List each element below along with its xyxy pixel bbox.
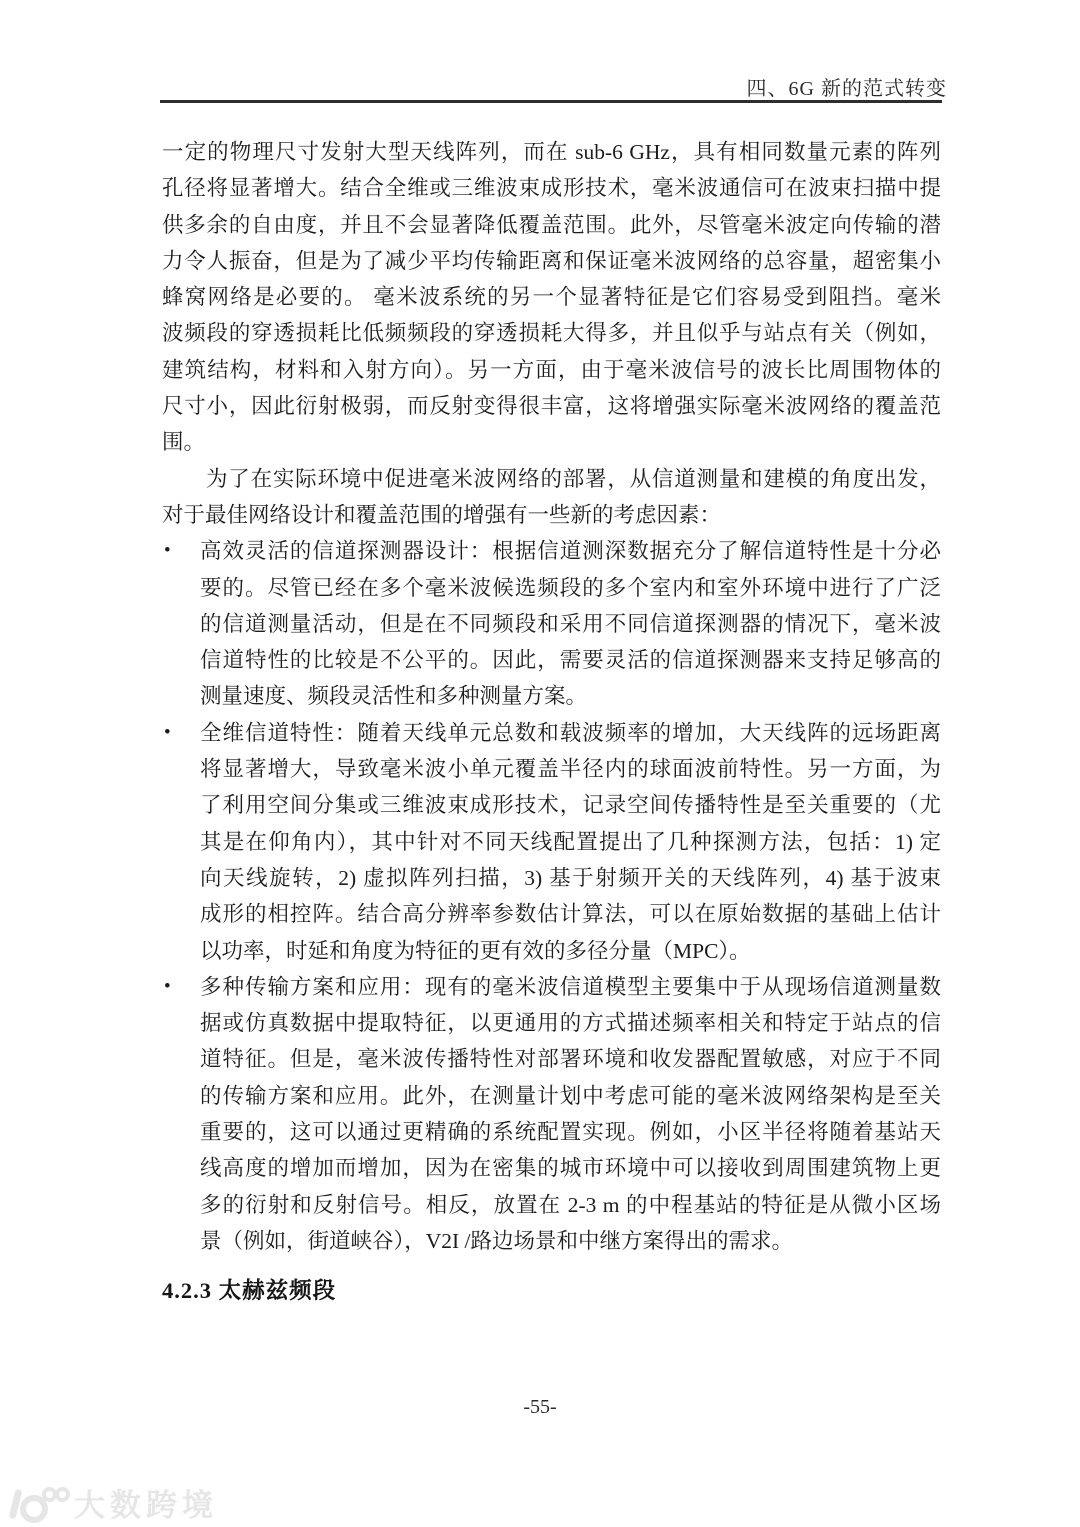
bullet-marker-icon: • — [162, 969, 200, 1259]
text-line: 波频段的穿透损耗比低频频段的穿透损耗大得多，并且似乎与站点有关（例如， — [162, 315, 941, 351]
text-line: 景（例如，街道峡谷），V2I /路边场景和中继方案得出的需求。 — [200, 1223, 941, 1259]
text-line: 为了在实际环境中促进毫米波网络的部署，从信道测量和建模的角度出发， — [162, 461, 941, 497]
text-line: 测量速度、频段灵活性和多种测量方案。 — [200, 678, 941, 714]
watermark-text: 大数跨境 — [74, 1480, 218, 1525]
paragraph: 为了在实际环境中促进毫米波网络的部署，从信道测量和建模的角度出发，对于最佳网络设… — [162, 461, 941, 534]
text-line: 高效灵活的信道探测器设计：根据信道测深数据充分了解信道特性是十分必 — [200, 533, 941, 569]
bullet-item: •高效灵活的信道探测器设计：根据信道测深数据充分了解信道特性是十分必要的。尽管已… — [162, 533, 941, 714]
text-line: 以功率，时延和角度为特征的更有效的多径分量（MPC）。 — [200, 933, 941, 969]
text-line: 对于最佳网络设计和覆盖范围的增强有一些新的考虑因素： — [162, 497, 941, 533]
page-body: 一定的物理尺寸发射大型天线阵列，而在 sub-6 GHz，具有相同数量元素的阵列… — [162, 134, 941, 1310]
text-line: 据或仿真数据中提取特征，以更通用的方式描述频率相关和特定于站点的信 — [200, 1005, 941, 1041]
text-line: 的传输方案和应用。此外，在测量计划中考虑可能的毫米波网络架构是至关 — [200, 1078, 941, 1114]
text-line: 力令人振奋，但是为了减少平均传输距离和保证毫米波网络的总容量，超密集小 — [162, 243, 941, 279]
text-line: 向天线旋转，2) 虚拟阵列扫描，3) 基于射频开关的天线阵列，4) 基于波束 — [200, 860, 941, 896]
text-line: 要的。尽管已经在多个毫米波候选频段的多个室内和室外环境中进行了广泛 — [200, 570, 941, 606]
paragraph: 一定的物理尺寸发射大型天线阵列，而在 sub-6 GHz，具有相同数量元素的阵列… — [162, 134, 941, 461]
text-line: 线高度的增加而增加，因为在密集的城市环境中可以接收到周围建筑物上更 — [200, 1150, 941, 1186]
bullet-text: 高效灵活的信道探测器设计：根据信道测深数据充分了解信道特性是十分必要的。尽管已经… — [200, 533, 941, 714]
text-line: 重要的，这可以通过更精确的系统配置实现。例如，小区半径将随着基站天 — [200, 1114, 941, 1150]
text-line: 尺寸小，因此衍射极弱，而反射变得很丰富，这将增强实际毫米波网络的覆盖范 — [162, 388, 941, 424]
section-heading: 4.2.3 太赫兹频段 — [162, 1273, 941, 1309]
text-line: 一定的物理尺寸发射大型天线阵列，而在 sub-6 GHz，具有相同数量元素的阵列 — [162, 134, 941, 170]
text-line: 道特征。但是，毫米波传播特性对部署环境和收发器配置敏感，对应于不同 — [200, 1041, 941, 1077]
text-line: 的信道测量活动，但是在不同频段和采用不同信道探测器的情况下，毫米波 — [200, 606, 941, 642]
bullet-marker-icon: • — [162, 533, 200, 714]
text-line: 其是在仰角内），其中针对不同天线配置提出了几种探测方法，包括：1) 定 — [200, 824, 941, 860]
bullet-marker-icon: • — [162, 715, 200, 969]
bullet-item: •全维信道特性：随着天线单元总数和载波频率的增加，大天线阵的远场距离将显著增大，… — [162, 715, 941, 969]
text-line: 供多余的自由度，并且不会显著降低覆盖范围。此外，尽管毫米波定向传输的潜 — [162, 207, 941, 243]
text-line: 全维信道特性：随着天线单元总数和载波频率的增加，大天线阵的远场距离 — [200, 715, 941, 751]
dashu-logo-icon — [10, 1483, 62, 1523]
text-line: 孔径将显著增大。结合全维或三维波束成形技术，毫米波通信可在波束扫描中提 — [162, 170, 941, 206]
bullet-text: 多种传输方案和应用：现有的毫米波信道模型主要集中于从现场信道测量数据或仿真数据中… — [200, 969, 941, 1259]
text-line: 围。 — [162, 424, 941, 460]
watermark: 大数跨境 — [10, 1480, 218, 1525]
header-rule — [160, 100, 942, 103]
text-line: 建筑结构，材料和入射方向）。另一方面，由于毫米波信号的波长比周围物体的 — [162, 352, 941, 388]
text-line: 蜂窝网络是必要的。 毫米波系统的另一个显著特征是它们容易受到阻挡。毫米 — [162, 279, 941, 315]
header-title: 四、6G 新的范式转变 — [747, 72, 947, 101]
text-line: 将显著增大，导致毫米波小单元覆盖半径内的球面波前特性。另一方面，为 — [200, 751, 941, 787]
text-line: 成形的相控阵。结合高分辨率参数估计算法，可以在原始数据的基础上估计 — [200, 896, 941, 932]
bullet-text: 全维信道特性：随着天线单元总数和载波频率的增加，大天线阵的远场距离将显著增大，导… — [200, 715, 941, 969]
document-page: 四、6G 新的范式转变 一定的物理尺寸发射大型天线阵列，而在 sub-6 GHz… — [0, 0, 1080, 1527]
text-line: 多种传输方案和应用：现有的毫米波信道模型主要集中于从现场信道测量数 — [200, 969, 941, 1005]
page-number: -55- — [0, 1396, 1080, 1419]
bullet-item: •多种传输方案和应用：现有的毫米波信道模型主要集中于从现场信道测量数据或仿真数据… — [162, 969, 941, 1259]
text-line: 了利用空间分集或三维波束成形技术，记录空间传播特性是至关重要的（尤 — [200, 787, 941, 823]
text-line: 信道特性的比较是不公平的。因此，需要灵活的信道探测器来支持足够高的 — [200, 642, 941, 678]
text-line: 多的衍射和反射信号。相反，放置在 2-3 m 的中程基站的特征是从微小区场 — [200, 1187, 941, 1223]
paragraph-list: 一定的物理尺寸发射大型天线阵列，而在 sub-6 GHz，具有相同数量元素的阵列… — [162, 134, 941, 1259]
